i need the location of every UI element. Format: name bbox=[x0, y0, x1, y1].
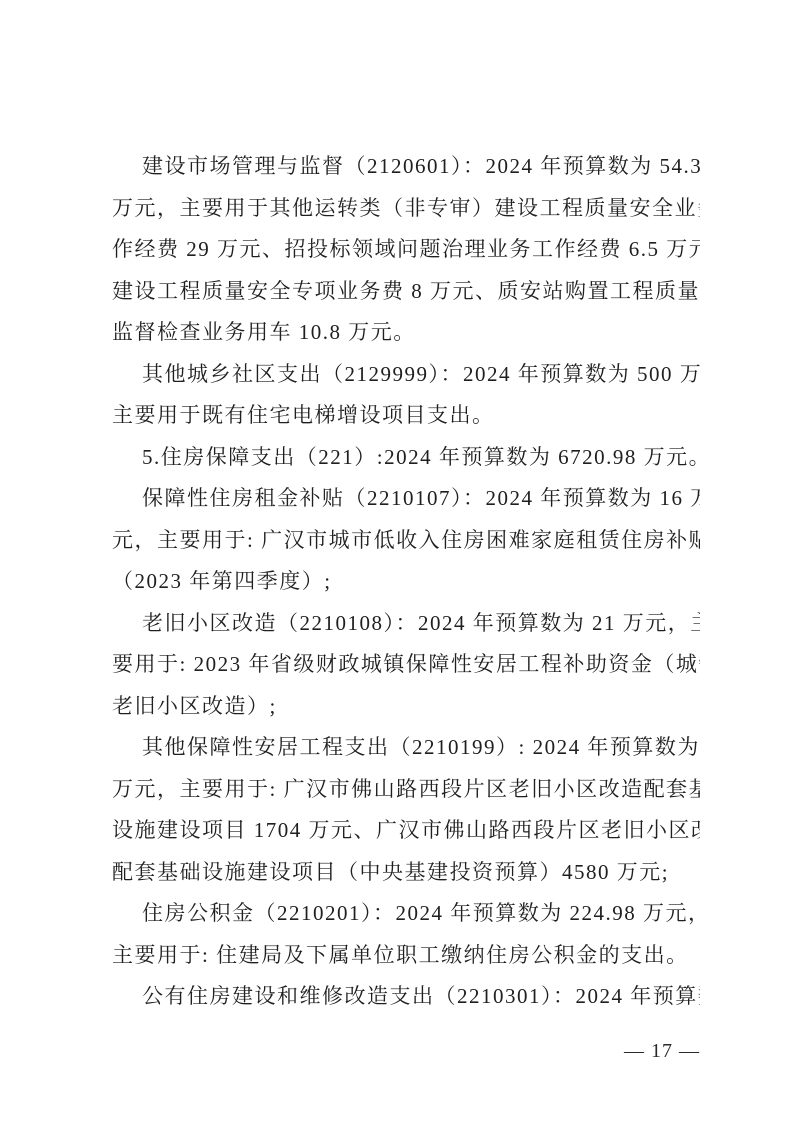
text-line: 作经费 29 万元、招投标领域问题治理业务工作经费 6.5 万元、 bbox=[112, 229, 700, 271]
text-line: 老旧小区改造（2210108）：2024 年预算数为 21 万元，主 bbox=[112, 603, 700, 645]
text-line: 主要用于既有住宅电梯增设项目支出。 bbox=[112, 395, 700, 437]
text-line: 配套基础设施建设项目（中央基建投资预算）4580 万元; bbox=[112, 852, 700, 894]
text-line: （2023 年第四季度）; bbox=[112, 561, 700, 603]
paragraph: 5.住房保障支出（221）:2024 年预算数为 6720.98 万元。 bbox=[112, 437, 700, 479]
text-line: 建设市场管理与监督（2120601）：2024 年预算数为 54.3 bbox=[112, 146, 700, 188]
text-line: 其他城乡社区支出（2129999）：2024 年预算数为 500 万元， bbox=[112, 354, 700, 396]
text-line: 公有住房建设和维修改造支出（2210301）：2024 年预算数 bbox=[112, 976, 700, 1018]
text-line: 建设工程质量安全专项业务费 8 万元、质安站购置工程质量安全 bbox=[112, 271, 700, 313]
paragraph: 住房公积金（2210201）：2024 年预算数为 224.98 万元，主要用于… bbox=[112, 893, 700, 976]
text-line: 元，主要用于: 广汉市城市低收入住房困难家庭租赁住房补贴 bbox=[112, 520, 700, 562]
page-number: — 17 — bbox=[624, 1038, 700, 1064]
text-line: 设施建设项目 1704 万元、广汉市佛山路西段片区老旧小区改造 bbox=[112, 810, 700, 852]
text-line: 主要用于: 住建局及下属单位职工缴纳住房公积金的支出。 bbox=[112, 935, 700, 977]
paragraph: 保障性住房租金补贴（2210107）：2024 年预算数为 16 万元，主要用于… bbox=[112, 478, 700, 603]
text-line: 住房公积金（2210201）：2024 年预算数为 224.98 万元， bbox=[112, 893, 700, 935]
text-line: 万元，主要用于其他运转类（非专审）建设工程质量安全业务工 bbox=[112, 188, 700, 230]
document-body: 建设市场管理与监督（2120601）：2024 年预算数为 54.3万元，主要用… bbox=[112, 146, 700, 1018]
paragraph: 老旧小区改造（2210108）：2024 年预算数为 21 万元，主要用于: 2… bbox=[112, 603, 700, 728]
paragraph: 公有住房建设和维修改造支出（2210301）：2024 年预算数 bbox=[112, 976, 700, 1018]
text-line: 要用于: 2023 年省级财政城镇保障性安居工程补助资金（城镇 bbox=[112, 644, 700, 686]
text-line: 监督检查业务用车 10.8 万元。 bbox=[112, 312, 700, 354]
text-line: 5.住房保障支出（221）:2024 年预算数为 6720.98 万元。 bbox=[112, 437, 700, 479]
text-line: 万元，主要用于: 广汉市佛山路西段片区老旧小区改造配套基础 bbox=[112, 769, 700, 811]
text-line: 老旧小区改造）; bbox=[112, 686, 700, 728]
text-line: 其他保障性安居工程支出（2210199）: 2024 年预算数为 6284 bbox=[112, 727, 700, 769]
text-line: 保障性住房租金补贴（2210107）：2024 年预算数为 16 万 bbox=[112, 478, 700, 520]
document-page: 建设市场管理与监督（2120601）：2024 年预算数为 54.3万元，主要用… bbox=[0, 0, 793, 1122]
paragraph: 其他保障性安居工程支出（2210199）: 2024 年预算数为 6284万元，… bbox=[112, 727, 700, 893]
paragraph: 建设市场管理与监督（2120601）：2024 年预算数为 54.3万元，主要用… bbox=[112, 146, 700, 354]
paragraph: 其他城乡社区支出（2129999）：2024 年预算数为 500 万元，主要用于… bbox=[112, 354, 700, 437]
